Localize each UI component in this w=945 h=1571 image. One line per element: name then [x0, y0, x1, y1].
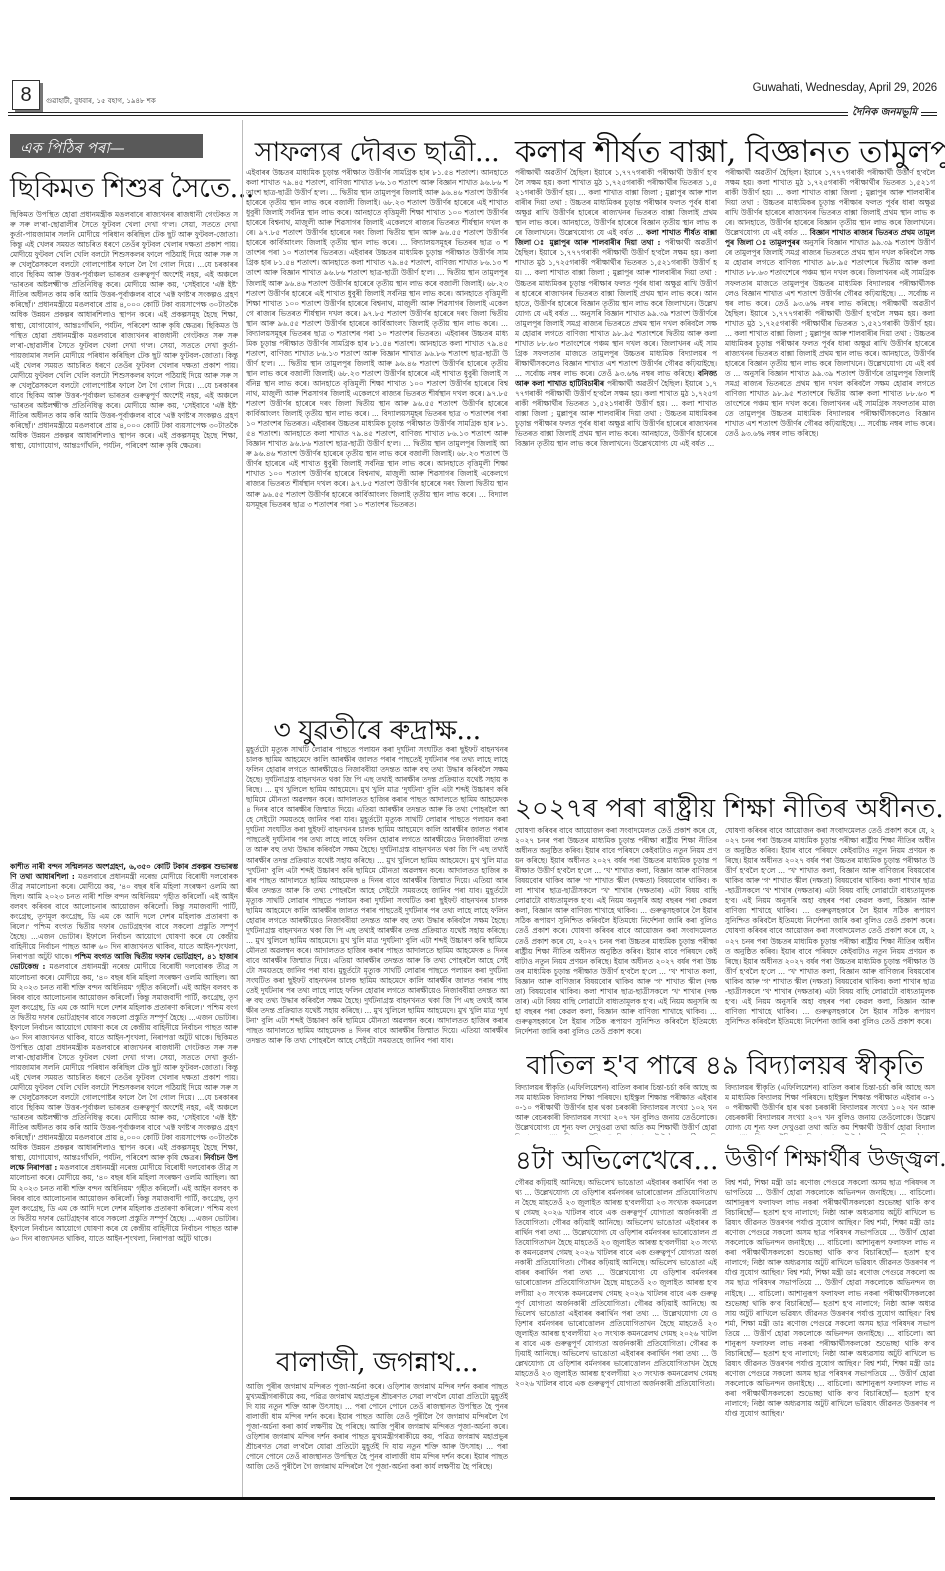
column-divider [242, 120, 243, 1498]
date-english: Guwahati, Wednesday, April 29, 2026 [753, 82, 937, 94]
headline-balaji-jagannath: বালাজী, জগন্নাথ... [246, 1342, 508, 1387]
column-1: এক পিঠিৰ পৰা— ছিকিমত শিশুৰ সৈতে... ছিকিম… [10, 120, 238, 1498]
article-text-cont: এইবাৰৰ উচ্চতৰ মাধ্যমিক চূড়ান্ত পৰীক্ষাত… [246, 329, 508, 428]
article-body-balaji-jagannath: আজি পুৰীৰ জগন্নাথ মন্দিৰত পূজা-অৰ্চনা কৰ… [246, 1382, 508, 1498]
article-text-cont: এইবাৰৰ উচ্চতৰ মাধ্যমিক চূড়ান্ত পৰীক্ষাত… [246, 419, 508, 508]
article-body-nep-col4: ঘোষণা কৰিবৰ বাবে আয়োজন কৰা সংবাদমেলত তে… [725, 826, 935, 1040]
article-text: বিদ্যালয়ৰ স্বীকৃতি (এফিলিয়েশন) বাতিল ক… [725, 1083, 935, 1135]
article-text-cont: অনুসৰি বিজ্ঞান শাখাত ৯৯.৩৯ শতাংশ উত্তীৰ্… [725, 369, 935, 438]
masthead-rule: দৈনিক জনমভূমি [8, 108, 937, 118]
column-2: সাফল্যৰ দৌৰত ছাত্ৰী... এইবাৰৰ উচ্চতৰ মাধ… [246, 120, 508, 1498]
article-baksa-tamulpur: কলাৰ শীৰ্ষত বাক্সা, বিজ্ঞানত তামুলপুৰ,..… [515, 120, 935, 785]
article-text-cont: মুহূৰ্তটো মৃত্যুক সাথটি লোৱাৰ পাছতে পলায… [246, 886, 508, 975]
article-body-baksa-col4: পৰীক্ষাৰ্থী অৱতীৰ্ণ হৈছিল। ইয়াৰে ১,৭৭৭গ… [725, 168, 935, 785]
article-text-cont: এইবাৰৰ উচ্চতৰ মাধ্যমিক চূড়ান্ত পৰীক্ষাত… [246, 248, 508, 337]
newspaper-page: এক পিঠিৰ পৰা— ছিকিমত শিশুৰ সৈতে... ছিকিম… [10, 120, 935, 1498]
article-text-cont: পৰীক্ষাৰ্থী অৱতীৰ্ণ হৈছিল। ইয়াৰে ১,৭৭৭গ… [515, 379, 717, 448]
article-text: পৰীক্ষাৰ্থী অৱতীৰ্ণ হৈছিল। ইয়াৰে ১,৭৭৭গ… [725, 168, 935, 237]
article-text-cont: পৰীক্ষাৰ্থী অৱতীৰ্ণ হৈছিল। ইয়াৰে ১,৭৭৭গ… [725, 299, 935, 378]
article-body-49-col4: বিদ্যালয়ৰ স্বীকৃতি (এফিলিয়েশন) বাতিল ক… [725, 1083, 935, 1135]
article-text: মঙলবাৰে প্ৰধানমন্ত্ৰী নৰেন্দ্ৰ মোদীয়ে ব… [10, 1163, 238, 1242]
headline-graduates-bright: উত্তীৰ্ণ শিক্ষাৰ্থীৰ উজ্জ্বল... [725, 1142, 935, 1179]
article-body-baksa-col3: পৰীক্ষাৰ্থী অৱতীৰ্ণ হৈছিল। ইয়াৰে ১,৭৭৭গ… [515, 168, 717, 785]
page-number: 8 [12, 80, 40, 110]
article-body-nep-col3: ঘোষণা কৰিবৰ বাবে আয়োজন কৰা সংবাদমেলত তে… [515, 826, 717, 1040]
article-text-cont: মুহূৰ্তটো মৃত্যুক সাথটি লোৱাৰ পাছতে পলায… [246, 815, 508, 894]
article-text: মঙলবাৰে প্ৰধানমন্ত্ৰী নৰেন্দ্ৰ মোদীয়ে ব… [10, 872, 238, 961]
article-text-cont: ঘোষণা কৰিবৰ বাবে আয়োজন কৰা সংবাদমেলত তে… [725, 926, 935, 1025]
article-body-rudraksha: মুহূৰ্তটো মৃত্যুক সাথটি লোৱাৰ পাছতে পলায… [246, 745, 508, 1340]
bottom-rule [10, 1497, 935, 1500]
section-kicker: এক পিঠিৰ পৰা— [10, 134, 203, 158]
date-local: গুৱাহাটী, বুধবাৰ, ১৫ বহাগ, ১৯৪৮ শক [46, 95, 156, 107]
article-body-girls-success: এইবাৰৰ উচ্চতৰ মাধ্যমিক চূড়ান্ত পৰীক্ষাত… [246, 168, 508, 706]
article-body-4-records: গৌৰৱ কঢ়িয়াই আনিছে। অভিলেখ ভাঙোতা এইবাৰ… [515, 1178, 717, 1498]
article-text: ছিকিমত উপস্থিত হোৱা প্ৰধানমন্ত্ৰীক মঙলবা… [10, 210, 238, 330]
article-4-records: ৪টা অভিলেখেৰে... গৌৰৱ কঢ়িয়াই আনিছে। অভ… [515, 1140, 717, 1498]
article-text: ছিকিমত উপস্থিত হোৱা প্ৰধানমন্ত্ৰীক মঙলবা… [10, 1033, 238, 1163]
article-body-graduates-bright: বিশ্ব শৰ্মা, শিক্ষা মন্ত্ৰী ডাঃ ৰণোজ পেগ… [725, 1178, 935, 1498]
article-text-cont: ছিকিমত উপস্থিত হোৱা প্ৰধানমন্ত্ৰীক মঙলবা… [10, 321, 238, 451]
article-text: মঙলবাৰে প্ৰধানমন্ত্ৰী নৰেন্দ্ৰ মোদীয়ে ব… [10, 962, 238, 1041]
headline-modi-football: ছিকিমত শিশুৰ সৈতে... [10, 168, 238, 213]
article-graduates-bright: উত্তীৰ্ণ শিক্ষাৰ্থীৰ উজ্জ্বল... বিশ্ব শৰ… [725, 1140, 935, 1498]
article-text: মুহূৰ্তটো মৃত্যুক সাথটি লোৱাৰ পাছতে পলায… [246, 745, 508, 824]
article-49-schools: বাতিল হ'ব পাৰে ৪৯ বিদ্যালয়ৰ স্বীকৃতি বি… [515, 1045, 935, 1155]
article-text-cont: অনুসৰি বিজ্ঞান শাখাত ৯৯.৩৯ শতাংশ উত্তীৰ্… [515, 309, 717, 378]
article-text-cont: অনুসৰি বিজ্ঞান শাখাত ৯৯.৩৯ শতাংশ উত্তীৰ্… [725, 238, 935, 307]
double-rule [8, 112, 937, 116]
page-masthead: 8 গুৱাহাটী, বুধবাৰ, ১৫ বহাগ, ১৯৪৮ শক Guw… [8, 80, 937, 118]
article-body-modi-football-2: কাশীত নাৰী বন্দন সন্মিলনত অংশগ্ৰহণ, ৬,৩৫… [10, 862, 238, 1498]
article-body-modi-football: ছিকিমত উপস্থিত হোৱা প্ৰধানমন্ত্ৰীক মঙলবা… [10, 210, 238, 860]
article-text: এইবাৰৰ উচ্চতৰ মাধ্যমিক চূড়ান্ত পৰীক্ষাত… [246, 168, 508, 257]
article-nep-2027: ২০২৭ৰ পৰা ৰাষ্ট্ৰীয় শিক্ষা নীতিৰ অধীনত.… [515, 788, 935, 1040]
article-text-cont: পৰীক্ষাৰ্থী অৱতীৰ্ণ হৈছিল। ইয়াৰে ১,৭৭৭গ… [515, 238, 717, 317]
article-text-cont: ঘোষণা কৰিবৰ বাবে আয়োজন কৰা সংবাদমেলত তে… [515, 926, 717, 1035]
article-text: পৰীক্ষাৰ্থী অৱতীৰ্ণ হৈছিল। ইয়াৰে ১,৭৭৭গ… [515, 168, 717, 237]
article-body-49-col3: বিদ্যালয়ৰ স্বীকৃতি (এফিলিয়েশন) বাতিল ক… [515, 1083, 717, 1135]
article-text: ঘোষণা কৰিবৰ বাবে আয়োজন কৰা সংবাদমেলত তে… [515, 826, 717, 935]
article-text: বিদ্যালয়ৰ স্বীকৃতি (এফিলিয়েশন) বাতিল ক… [515, 1083, 717, 1135]
article-text: ঘোষণা কৰিবৰ বাবে আয়োজন কৰা সংবাদমেলত তে… [725, 826, 935, 925]
article-text-cont: মুহূৰ্তটো মৃত্যুক সাথটি লোৱাৰ পাছতে পলায… [246, 966, 508, 1045]
